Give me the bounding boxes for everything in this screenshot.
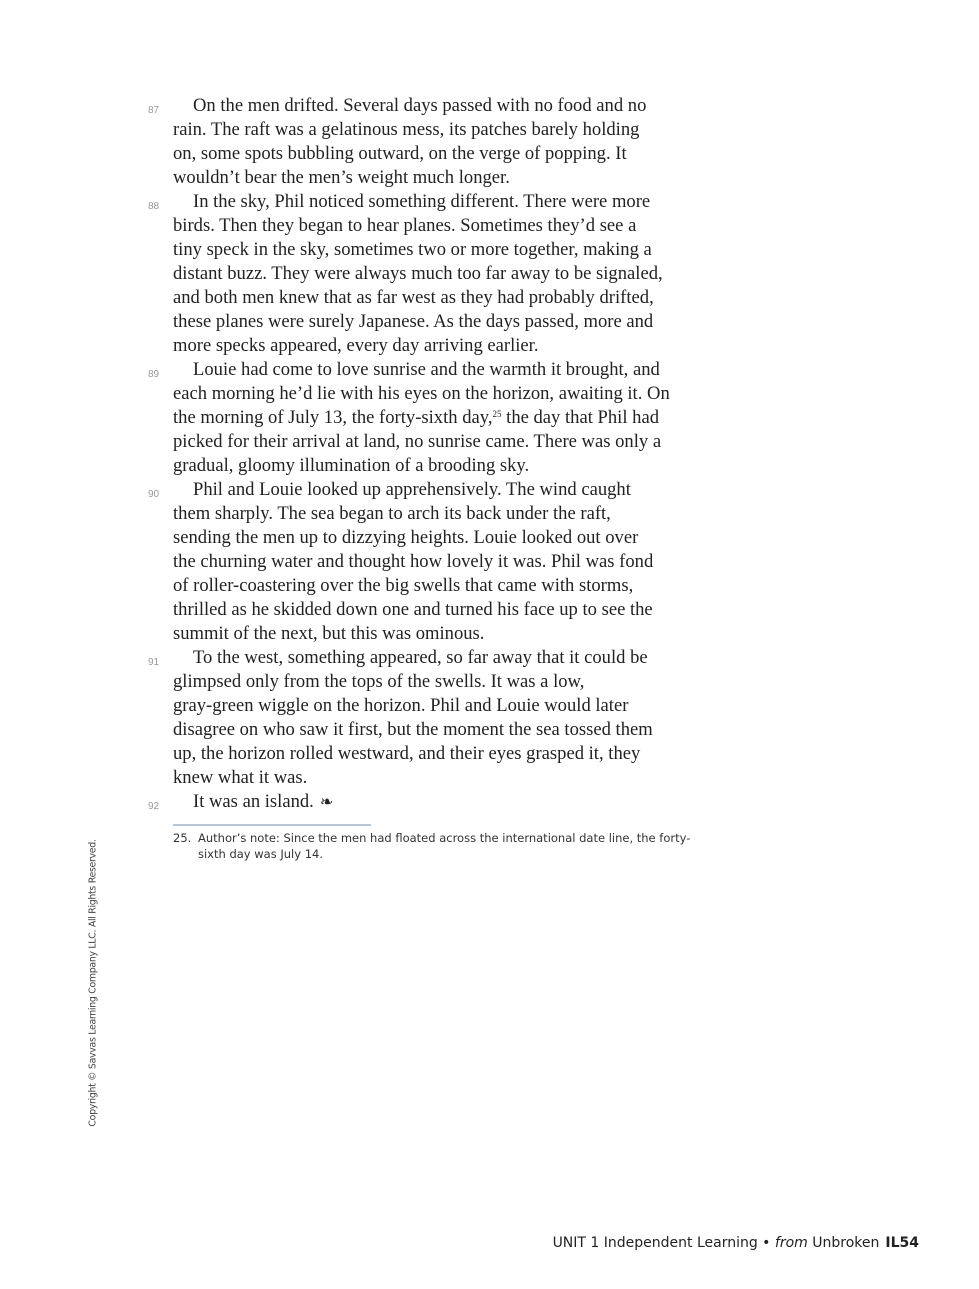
text-line: birds. Then they began to hear planes. S… (173, 214, 733, 238)
text-line: each morning he’d lie with his eyes on t… (173, 382, 733, 406)
paragraph-91: 91 To the west, something appeared, so f… (173, 646, 733, 790)
page-footer: UNIT 1 Independent Learning • from Unbro… (553, 1235, 919, 1251)
footnote-ref[interactable]: 25 (493, 409, 502, 419)
text-line: knew what it was. (173, 766, 733, 790)
text-line: Phil and Louie looked up apprehensively.… (173, 478, 733, 502)
text-line: picked for their arrival at land, no sun… (173, 430, 733, 454)
footnote-text-line: sixth day was July 14. (173, 846, 703, 862)
text-line: distant buzz. They were always much too … (173, 262, 733, 286)
page-number: IL54 (885, 1235, 919, 1251)
text-line: thrilled as he skidded down one and turn… (173, 598, 733, 622)
text-line: summit of the next, but this was ominous… (173, 622, 733, 646)
copyright-notice: Copyright © Savvas Learning Company LLC.… (88, 839, 99, 1126)
text-line: It was an island.❧ (173, 790, 733, 815)
text-line: To the west, something appeared, so far … (173, 646, 733, 670)
footnote-number: 25. (173, 830, 191, 846)
footer-title: Unbroken (808, 1235, 880, 1251)
text-line: the churning water and thought how lovel… (173, 550, 733, 574)
text-line: them sharply. The sea began to arch its … (173, 502, 733, 526)
footnote-25: 25. Author’s note: Since the men had flo… (173, 830, 703, 862)
text-line: gray-green wiggle on the horizon. Phil a… (173, 694, 733, 718)
text-line: rain. The raft was a gelatinous mess, it… (173, 118, 733, 142)
text-line: glimpsed only from the tops of the swell… (173, 670, 733, 694)
paragraph-number: 88 (148, 195, 159, 219)
text-line: gradual, gloomy illumination of a broodi… (173, 454, 733, 478)
text-line: these planes were surely Japanese. As th… (173, 310, 733, 334)
paragraph-87: 87 On the men drifted. Several days pass… (173, 94, 733, 190)
text-line: wouldn’t bear the men’s weight much long… (173, 166, 733, 190)
fleuron-end-icon: ❧ (320, 794, 333, 811)
footer-from: from (775, 1235, 808, 1251)
paragraph-92: 92 It was an island.❧ (173, 790, 733, 815)
text-line: of roller-coastering over the big swells… (173, 574, 733, 598)
text-line: on, some spots bubbling outward, on the … (173, 142, 733, 166)
paragraph-number: 87 (148, 99, 159, 123)
text-line: Louie had come to love sunrise and the w… (173, 358, 733, 382)
footnote-divider (173, 824, 371, 826)
text-line: On the men drifted. Several days passed … (173, 94, 733, 118)
text-line: tiny speck in the sky, sometimes two or … (173, 238, 733, 262)
paragraph-90: 90 Phil and Louie looked up apprehensive… (173, 478, 733, 646)
text-line: In the sky, Phil noticed something diffe… (173, 190, 733, 214)
text-line: and both men knew that as far west as th… (173, 286, 733, 310)
paragraph-89: 89 Louie had come to love sunrise and th… (173, 358, 733, 478)
text-line: the morning of July 13, the forty-sixth … (173, 406, 733, 430)
paragraph-number: 90 (148, 483, 159, 507)
paragraph-88: 88 In the sky, Phil noticed something di… (173, 190, 733, 358)
footer-unit-label: UNIT 1 Independent Learning • (553, 1235, 775, 1251)
text-line: up, the horizon rolled westward, and the… (173, 742, 733, 766)
text-line: sending the men up to dizzying heights. … (173, 526, 733, 550)
story-text: 87 On the men drifted. Several days pass… (173, 94, 733, 815)
paragraph-number: 92 (148, 795, 159, 819)
paragraph-number: 89 (148, 363, 159, 387)
text-line: more specks appeared, every day arriving… (173, 334, 733, 358)
paragraph-number: 91 (148, 651, 159, 675)
text-line: disagree on who saw it first, but the mo… (173, 718, 733, 742)
footnote-text-line: Author’s note: Since the men had floated… (173, 830, 703, 846)
